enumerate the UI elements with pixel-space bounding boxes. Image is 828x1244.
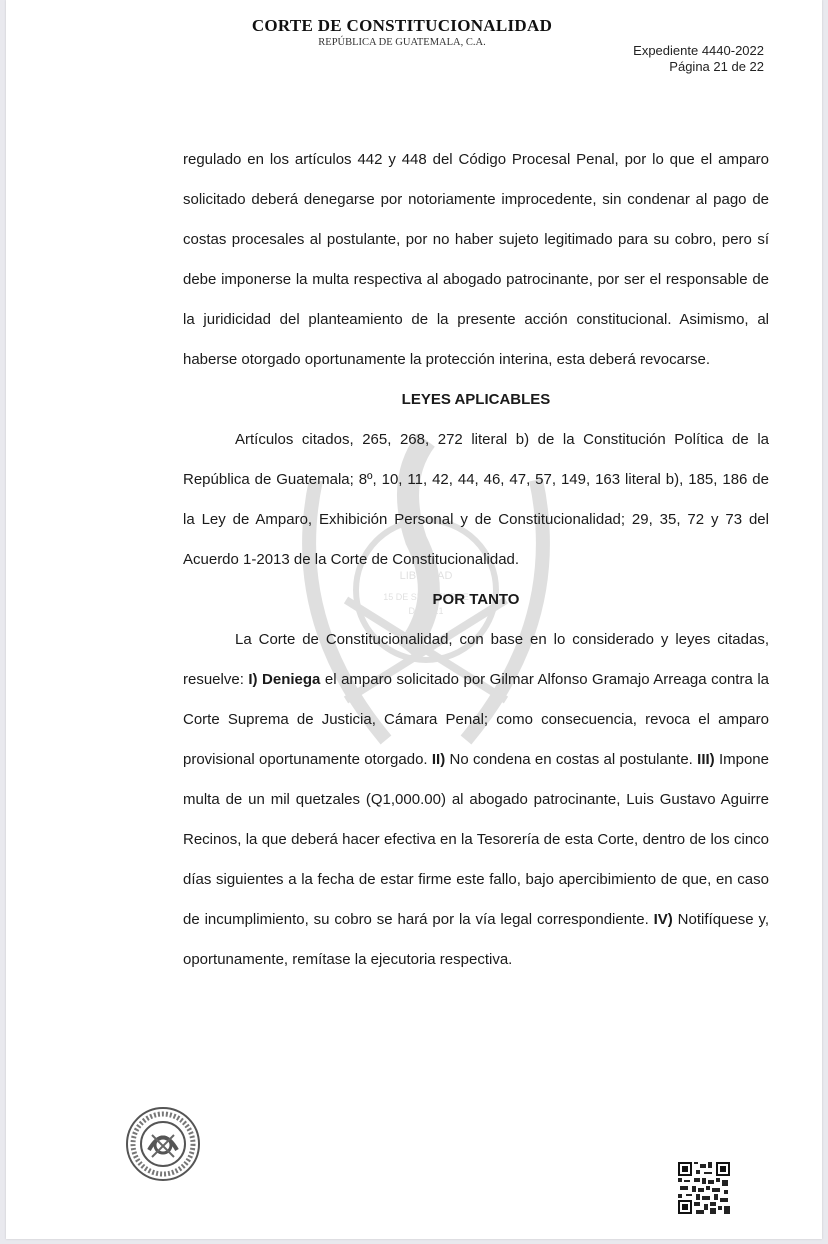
resolution-3-label: III) — [697, 751, 715, 768]
expediente-number: Expediente 4440-2022 — [633, 43, 764, 59]
document-body: regulado en los artículos 442 y 448 del … — [183, 140, 769, 980]
resolution-1-label: I) Deniega — [248, 671, 320, 688]
page-number: Página 21 de 22 — [633, 59, 764, 75]
case-info: Expediente 4440-2022 Página 21 de 22 — [633, 43, 764, 75]
court-header: CORTE DE CONSTITUCIONALIDAD REPÚBLICA DE… — [242, 16, 562, 48]
court-name: CORTE DE CONSTITUCIONALIDAD — [242, 16, 562, 36]
country-name: REPÚBLICA DE GUATEMALA, C.A. — [242, 37, 562, 48]
resolution-3-text: Impone multa de un mil quetzales (Q1,000… — [183, 751, 769, 928]
court-seal-icon — [124, 1105, 202, 1183]
document-page: CORTE DE CONSTITUCIONALIDAD REPÚBLICA DE… — [6, 0, 822, 1239]
section-heading-por-tanto: POR TANTO — [183, 580, 769, 620]
paragraph-considerando: regulado en los artículos 442 y 448 del … — [183, 140, 769, 380]
resolution-2-text: No condena en costas al postulante. — [445, 751, 697, 768]
paragraph-leyes: Artículos citados, 265, 268, 272 literal… — [183, 420, 769, 580]
resolution-4-label: IV) — [654, 911, 673, 928]
qr-code-icon[interactable] — [678, 1162, 730, 1214]
paragraph-resolution: La Corte de Constitucionalidad, con base… — [183, 620, 769, 980]
section-heading-leyes: LEYES APLICABLES — [183, 380, 769, 420]
resolution-2-label: II) — [432, 751, 445, 768]
